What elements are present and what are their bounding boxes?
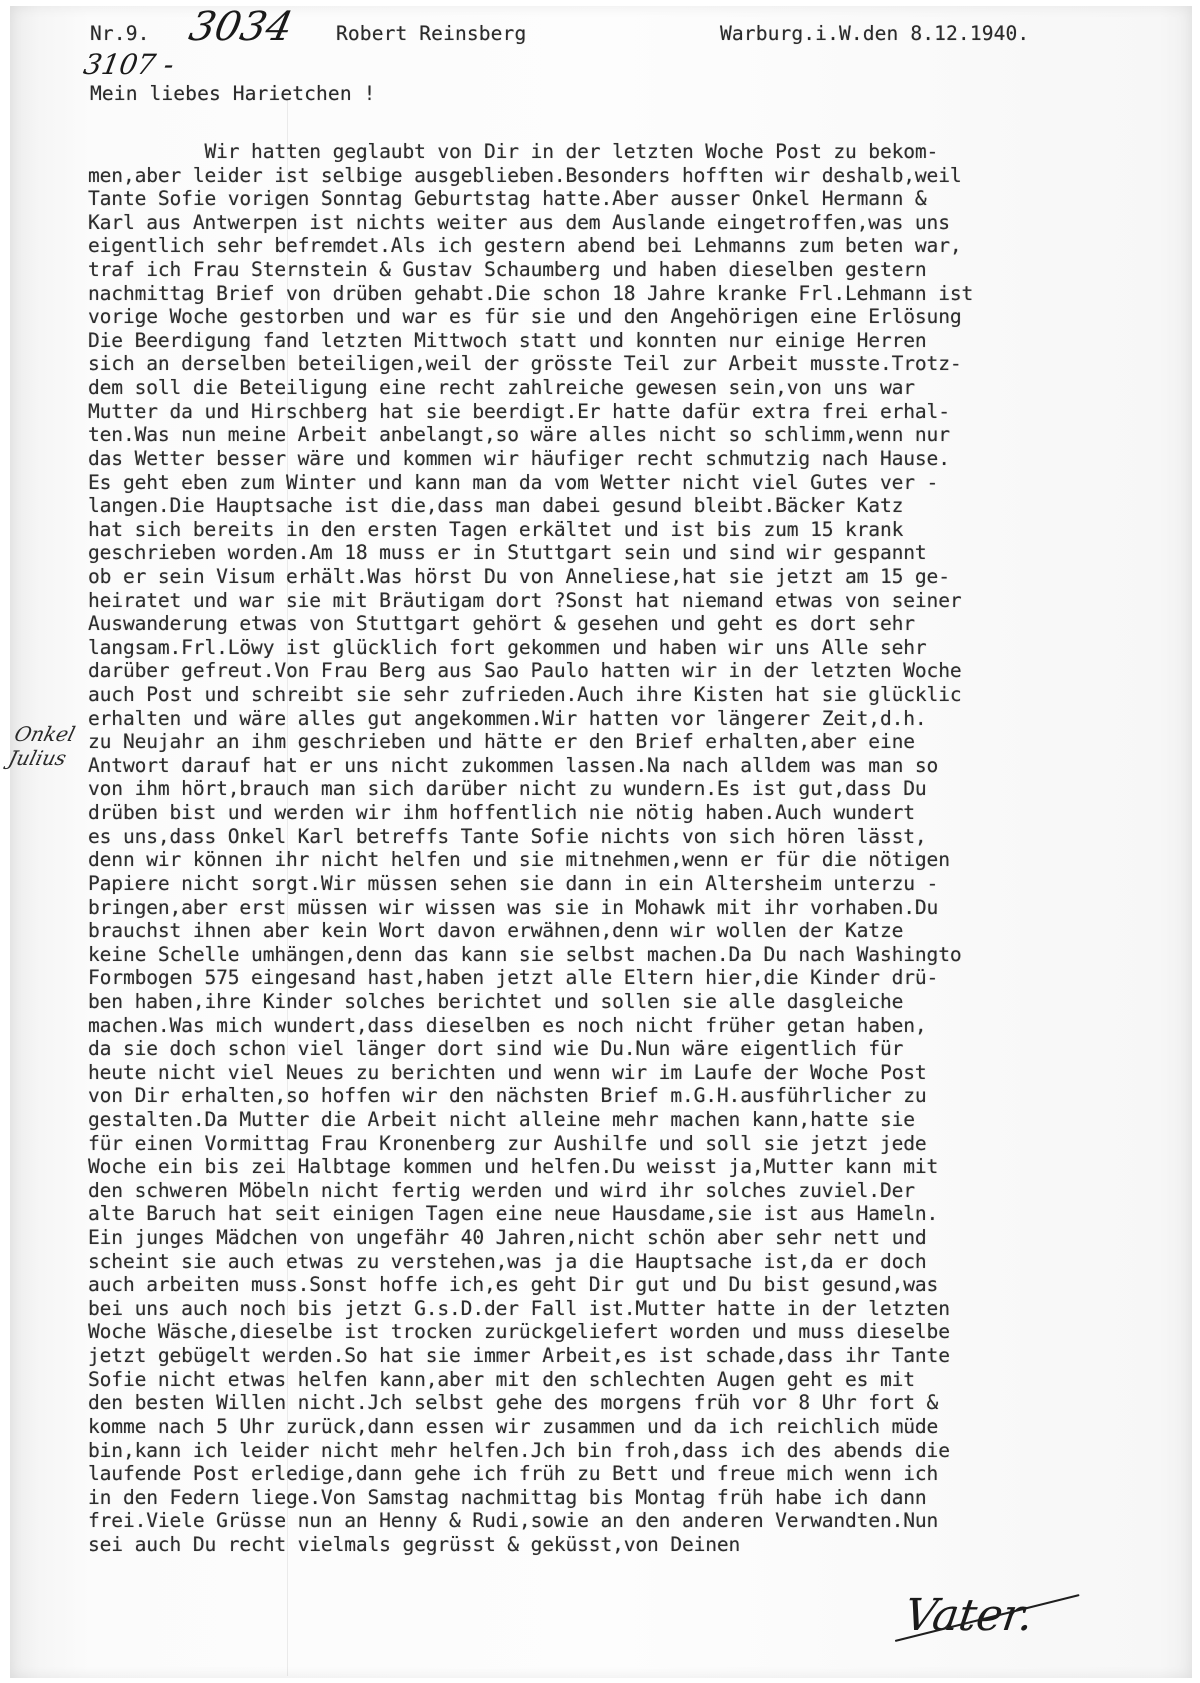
body-line: brauchst ihnen aber kein Wort davon erwä… bbox=[88, 919, 1188, 943]
body-line: sei auch Du recht vielmals gegrüsst & ge… bbox=[88, 1533, 1188, 1557]
body-line: da sie doch schon viel länger dort sind … bbox=[88, 1037, 1188, 1061]
body-line: scheint sie auch etwas zu verstehen,was … bbox=[88, 1250, 1188, 1274]
body-line: von ihm hört,brauch man sich darüber nic… bbox=[88, 777, 1188, 801]
body-line: in den Federn liege.Von Samstag nachmitt… bbox=[88, 1486, 1188, 1510]
body-line: men,aber leider ist selbige ausgeblieben… bbox=[88, 164, 1188, 188]
body-line: Woche Wäsche,dieselbe ist trocken zurück… bbox=[88, 1320, 1188, 1344]
body-line: Sofie nicht etwas helfen kann,aber mit d… bbox=[88, 1368, 1188, 1392]
body-line: drüben bist und werden wir ihm hoffentli… bbox=[88, 801, 1188, 825]
body-line: langen.Die Hauptsache ist die,dass man d… bbox=[88, 494, 1188, 518]
sender-name: Robert Reinsberg bbox=[336, 22, 526, 45]
body-line: denn wir können ihr nicht helfen und sie… bbox=[88, 848, 1188, 872]
body-line: es uns,dass Onkel Karl betreffs Tante So… bbox=[88, 825, 1188, 849]
body-line: heute nicht viel Neues zu berichten und … bbox=[88, 1061, 1188, 1085]
body-line: Wir hatten geglaubt von Dir in der letzt… bbox=[88, 140, 1188, 164]
body-line: komme nach 5 Uhr zurück,dann essen wir z… bbox=[88, 1415, 1188, 1439]
body-line: Woche ein bis zei Halbtage kommen und he… bbox=[88, 1155, 1188, 1179]
body-line: gestalten.Da Mutter die Arbeit nicht all… bbox=[88, 1108, 1188, 1132]
body-line: bin,kann ich leider nicht mehr helfen.Jc… bbox=[88, 1439, 1188, 1463]
body-line: Es geht eben zum Winter und kann man da … bbox=[88, 471, 1188, 495]
body-line: Papiere nicht sorgt.Wir müssen sehen sie… bbox=[88, 872, 1188, 896]
handwritten-margin-note: Onkel Julius bbox=[6, 722, 78, 770]
body-line: Die Beerdigung fand letzten Mittwoch sta… bbox=[88, 329, 1188, 353]
body-line: den besten Willen nicht.Jch selbst gehe … bbox=[88, 1391, 1188, 1415]
body-line: traf ich Frau Sternstein & Gustav Schaum… bbox=[88, 258, 1188, 282]
body-line: bringen,aber erst müssen wir wissen was … bbox=[88, 896, 1188, 920]
body-line: machen.Was mich wundert,dass dieselben e… bbox=[88, 1014, 1188, 1038]
handwritten-archive-number-secondary: 3107 - bbox=[81, 48, 176, 81]
body-line: jetzt gebügelt werden.So hat sie immer A… bbox=[88, 1344, 1188, 1368]
body-line: Karl aus Antwerpen ist nichts weiter aus… bbox=[88, 211, 1188, 235]
body-line: langsam.Frl.Löwy ist glücklich fort geko… bbox=[88, 636, 1188, 660]
body-line: Mutter da und Hirschberg hat sie beerdig… bbox=[88, 400, 1188, 424]
body-line: vorige Woche gestorben und war es für si… bbox=[88, 305, 1188, 329]
letter-body: Wir hatten geglaubt von Dir in der letzt… bbox=[88, 140, 1188, 1557]
body-line: auch Post und schreibt sie sehr zufriede… bbox=[88, 683, 1188, 707]
handwritten-archive-number: 3034 bbox=[185, 4, 297, 50]
body-line: Ein junges Mädchen von ungefähr 40 Jahre… bbox=[88, 1226, 1188, 1250]
body-line: das Wetter besser wäre und kommen wir hä… bbox=[88, 447, 1188, 471]
body-line: ben haben,ihre Kinder solches berichtet … bbox=[88, 990, 1188, 1014]
body-line: auch arbeiten muss.Sonst hoffe ich,es ge… bbox=[88, 1273, 1188, 1297]
body-line: Tante Sofie vorigen Sonntag Geburtstag h… bbox=[88, 187, 1188, 211]
body-line: nachmittag Brief von drüben gehabt.Die s… bbox=[88, 282, 1188, 306]
body-line: Auswanderung etwas von Stuttgart gehört … bbox=[88, 612, 1188, 636]
body-line: den schweren Möbeln nicht fertig werden … bbox=[88, 1179, 1188, 1203]
body-line: ten.Was nun meine Arbeit anbelangt,so wä… bbox=[88, 423, 1188, 447]
place-and-date: Warburg.i.W.den 8.12.1940. bbox=[720, 22, 1029, 45]
body-line: eigentlich sehr befremdet.Als ich gester… bbox=[88, 234, 1188, 258]
body-line: zu Neujahr an ihm geschrieben und hätte … bbox=[88, 730, 1188, 754]
body-line: darüber gefreut.Von Frau Berg aus Sao Pa… bbox=[88, 659, 1188, 683]
body-line: Formbogen 575 eingesand hast,haben jetzt… bbox=[88, 966, 1188, 990]
letter-number: Nr.9. bbox=[90, 22, 149, 45]
body-line: laufende Post erledige,dann gehe ich frü… bbox=[88, 1462, 1188, 1486]
salutation: Mein liebes Harietchen ! bbox=[90, 82, 376, 105]
body-line: alte Baruch hat seit einigen Tagen eine … bbox=[88, 1202, 1188, 1226]
body-line: keine Schelle umhängen,denn das kann sie… bbox=[88, 943, 1188, 967]
body-line: geschrieben worden.Am 18 muss er in Stut… bbox=[88, 541, 1188, 565]
body-line: sich an derselben beteiligen,weil der gr… bbox=[88, 352, 1188, 376]
body-line: hat sich bereits in den ersten Tagen erk… bbox=[88, 518, 1188, 542]
body-line: erhalten und wäre alles gut angekommen.W… bbox=[88, 707, 1188, 731]
body-line: heiratet und war sie mit Bräutigam dort … bbox=[88, 589, 1188, 613]
body-line: bei uns auch noch bis jetzt G.s.D.der Fa… bbox=[88, 1297, 1188, 1321]
body-line: Antwort darauf hat er uns nicht zukommen… bbox=[88, 754, 1188, 778]
body-line: für einen Vormittag Frau Kronenberg zur … bbox=[88, 1132, 1188, 1156]
body-line: ob er sein Visum erhält.Was hörst Du von… bbox=[88, 565, 1188, 589]
body-line: dem soll die Beteiligung eine recht zahl… bbox=[88, 376, 1188, 400]
body-line: von Dir erhalten,so hoffen wir den nächs… bbox=[88, 1084, 1188, 1108]
body-line: frei.Viele Grüsse nun an Henny & Rudi,so… bbox=[88, 1509, 1188, 1533]
